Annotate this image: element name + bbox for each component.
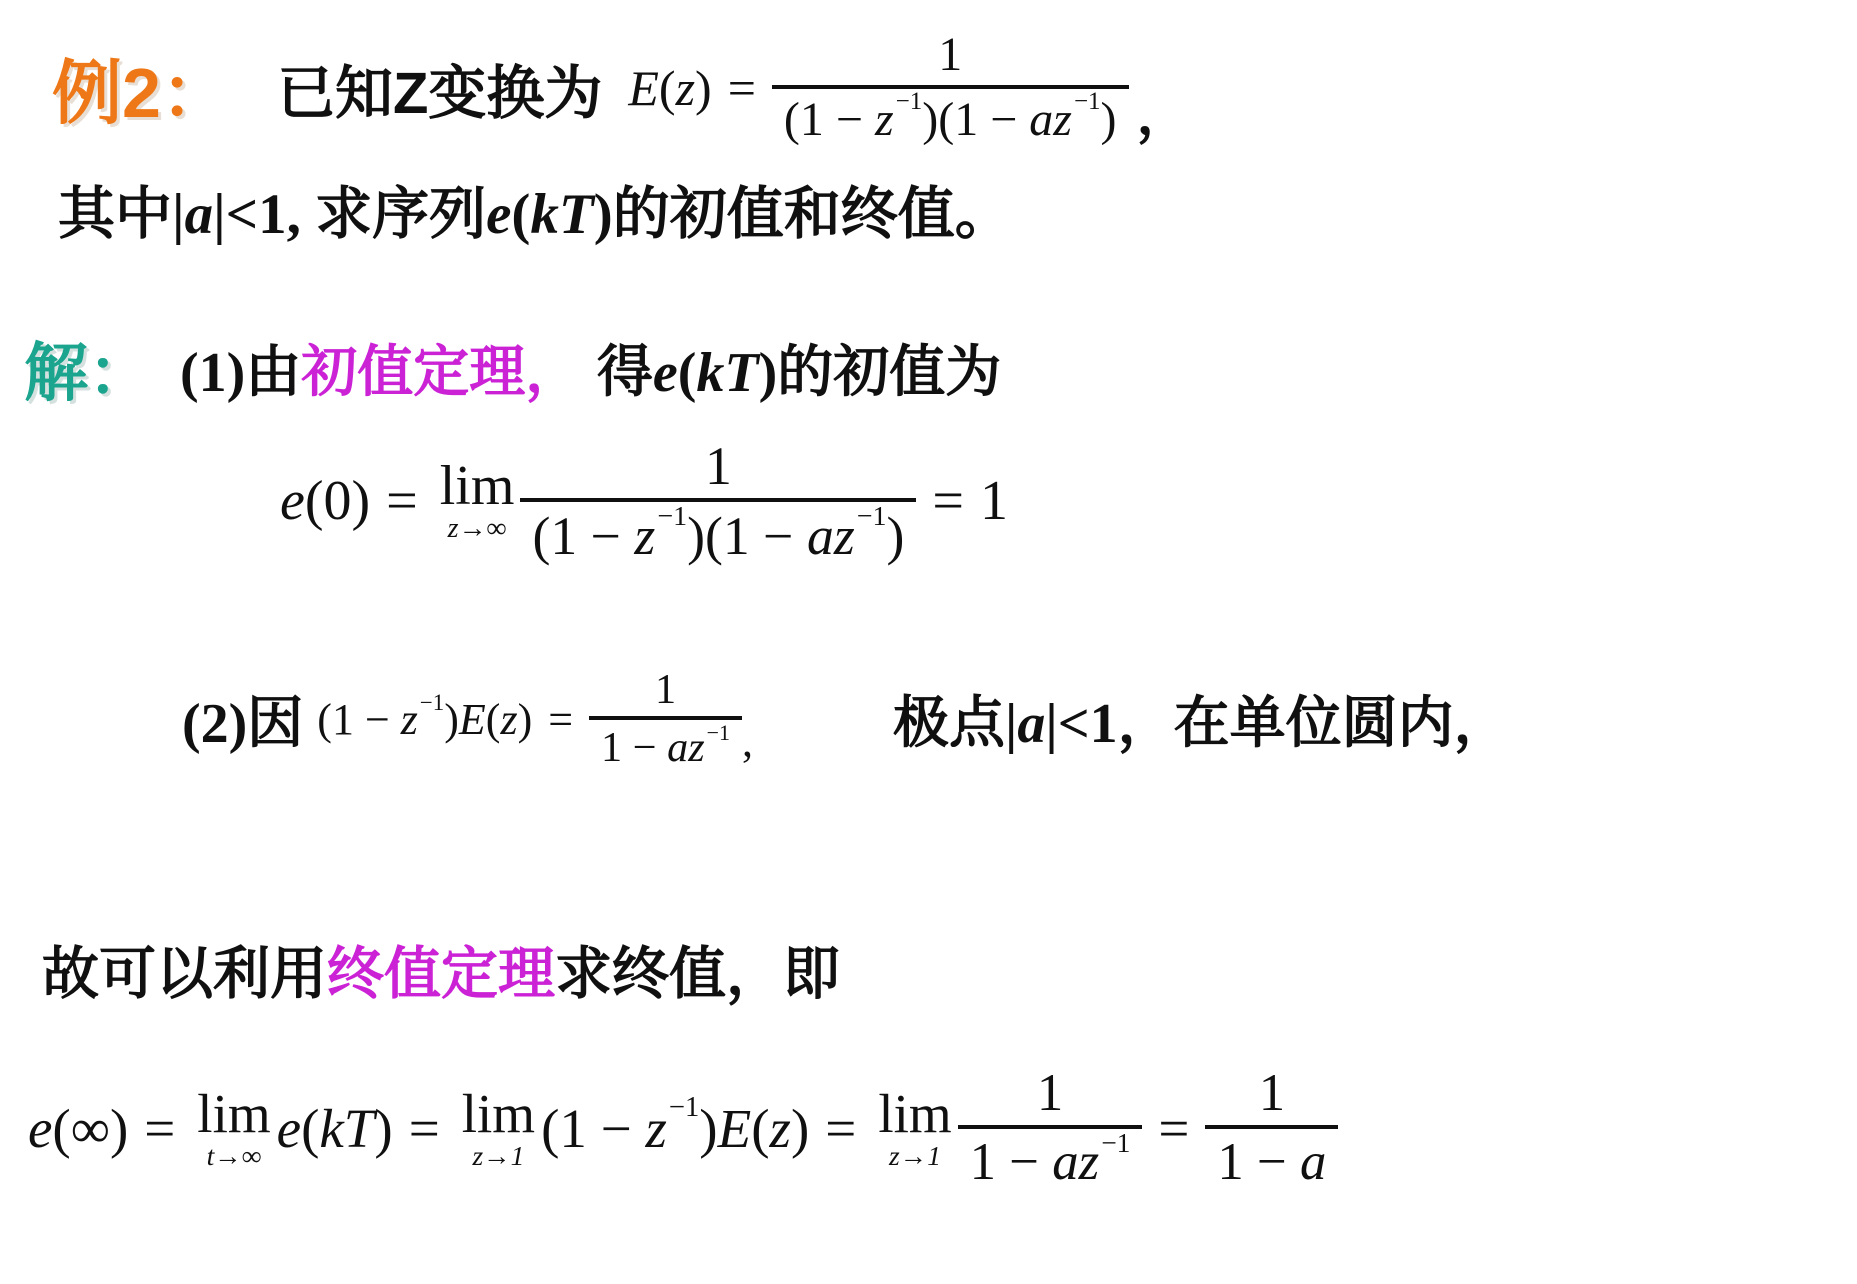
math-token: −1 (669, 1092, 699, 1124)
math-token: (2) (182, 692, 247, 756)
math-token: 求终值，即 (555, 928, 840, 1010)
math-token: −1 (1074, 89, 1101, 115)
trailing-comma: ， (1137, 72, 1191, 149)
math-token: ) (759, 341, 778, 405)
math-token: 的初值为 (777, 328, 1001, 408)
math-token: −1 (857, 502, 887, 531)
math-token: ) (444, 694, 459, 745)
limit-subscript: t→∞ (207, 1142, 262, 1170)
fraction: 11 − az−1 (958, 1066, 1143, 1191)
fraction-numerator: 1 (1027, 1066, 1073, 1125)
math-token: E (628, 59, 659, 117)
limit-subscript: z→∞ (448, 515, 507, 543)
math-token: z (401, 694, 418, 745)
math-token: a (1300, 1135, 1326, 1190)
math-token: = (932, 469, 964, 533)
math-token: az (667, 726, 705, 770)
math-token: e (486, 182, 511, 247)
math-token: ( (751, 1097, 769, 1160)
math-token: ) (886, 508, 904, 564)
problem-statement-line2: 其中|a|<1, 求序列e(kT)的初值和终值。 (58, 168, 1012, 250)
math-token: = (409, 1097, 440, 1160)
fraction-numerator: 1 (645, 668, 686, 716)
math-token: 因 (247, 679, 303, 759)
math-token: )(1 − (687, 508, 807, 564)
math-token: z (500, 694, 517, 745)
math-token: |<1, (213, 182, 315, 247)
math-token: z (770, 1097, 791, 1160)
limit-word: lim (197, 1088, 270, 1140)
fraction-numerator: 1 (928, 30, 972, 84)
math-token: | (172, 182, 185, 247)
math-token: a (185, 182, 214, 247)
math-token: 1 (980, 469, 1008, 533)
math-token: az (1029, 95, 1072, 145)
step2-prefix: (2)因 (182, 679, 303, 759)
math-token: 故可以利用 (42, 928, 327, 1010)
math-token: e (653, 341, 678, 405)
limit-subscript: z→1 (472, 1142, 524, 1170)
math-token: ( (486, 694, 501, 745)
math-token: E (459, 694, 486, 745)
limit-word: lim (462, 1088, 535, 1140)
math-token: a (1017, 692, 1045, 756)
math-token: = (548, 694, 573, 745)
math-token: ( (301, 1097, 319, 1160)
math-token: ) (699, 1097, 717, 1160)
math-token: z (645, 1097, 666, 1160)
fraction: 11 − az−1 (589, 668, 742, 771)
fraction: 11 − a (1205, 1066, 1338, 1191)
fraction-numerator: 1 (1249, 1066, 1295, 1125)
math-token: 由 (245, 328, 301, 408)
math-token: 的初值和终值。 (613, 168, 1012, 250)
final-theorem-line: 故可以利用终值定理求终值，即 (42, 928, 840, 1010)
math-token: = (1158, 1097, 1189, 1160)
problem-statement-line1: 例2： 已知Z变换为 E(z)=1(1 − z−1)(1 − az−1) ， (52, 0, 1191, 175)
math-token: ) (695, 59, 712, 117)
math-token: 1 − (970, 1135, 1053, 1190)
math-token: z (875, 95, 894, 145)
step2-line: (2)因 (1 − z−1)E(z)=11 − az−1, 极点|a|<1，在单… (182, 668, 1510, 771)
math-token: )(1 − (922, 95, 1029, 145)
step1-line: 解： (1)由初值定理， 得e(kT)的初值为 (24, 322, 1001, 414)
math-token: (∞) (52, 1097, 128, 1160)
example-label: 例2： (52, 37, 231, 138)
math-token: 极点 (893, 679, 1005, 759)
math-token: 1 (938, 30, 962, 80)
math-token: z (676, 59, 695, 117)
math-token: kT (319, 1097, 374, 1160)
math-token: ( (678, 341, 697, 405)
math-token: kT (530, 182, 593, 247)
math-token: ) (1101, 95, 1117, 145)
fraction-denominator: 1 − az−1 (958, 1125, 1143, 1190)
math-token: e (28, 1097, 52, 1160)
slide: 例2： 已知Z变换为 E(z)=1(1 − z−1)(1 − az−1) ， 其… (0, 0, 1857, 1284)
fraction-numerator: 1 (695, 438, 742, 498)
math-token: −1 (896, 89, 923, 115)
limit-operator: limz→1 (878, 1088, 951, 1170)
math-token: −1 (420, 690, 444, 716)
math-token: 1 (705, 438, 732, 494)
math-token: (1 − (317, 694, 400, 745)
limit-word: lim (878, 1088, 951, 1140)
math-token: −1 (707, 721, 730, 744)
math-token: az (807, 508, 855, 564)
highlighted-term: 初值定理 (301, 328, 525, 408)
math-token: e (280, 469, 305, 533)
limit-operator: limt→∞ (197, 1088, 270, 1170)
fraction: 1(1 − z−1)(1 − az−1) (520, 438, 916, 565)
math-token: | (1005, 692, 1017, 756)
math-token: (1) (180, 341, 245, 405)
fraction-denominator: 1 − a (1205, 1125, 1338, 1190)
math-token: (1 − (784, 95, 875, 145)
math-token: = (825, 1097, 856, 1160)
math-token: ) (374, 1097, 392, 1160)
math-token: (1 − (541, 1097, 645, 1160)
limit-subscript: z→1 (889, 1142, 941, 1170)
math-token: = (144, 1097, 175, 1160)
math-token: 1 − (601, 726, 667, 770)
math-token: , (742, 716, 753, 767)
math-token: az (1052, 1135, 1099, 1190)
math-token: 1 (655, 668, 676, 712)
math-token: 1 (1037, 1066, 1063, 1121)
math-token: 其中 (58, 168, 172, 250)
math-token: ) (791, 1097, 809, 1160)
math-token: 1 − (1217, 1135, 1300, 1190)
math-token: kT (696, 341, 758, 405)
fraction: 1(1 − z−1)(1 − az−1) (772, 30, 1129, 145)
initial-value-formula: e(0)=limz→∞1(1 − z−1)(1 − az−1)=1 (280, 438, 1008, 565)
pole-condition-text: 极点|a|<1，在单位圆内， (893, 679, 1510, 759)
highlighted-term: ， (525, 328, 581, 408)
final-value-formula: e(∞)=limt→∞e(kT)=limz→1(1 − z−1)E(z)=lim… (28, 1066, 1338, 1191)
math-token: E (718, 1097, 752, 1160)
math-token: ) (594, 182, 613, 247)
math-token: ，在单位圆内， (1118, 679, 1510, 759)
math-token: (0) (305, 469, 370, 533)
math-token: 求序列 (315, 168, 486, 250)
math-token: 得 (581, 328, 653, 408)
math-token: ( (511, 182, 530, 247)
math-token: e (277, 1097, 301, 1160)
limit-operator: limz→1 (462, 1088, 535, 1170)
math-token: ) (518, 694, 533, 745)
step1-text: (1)由初值定理， 得e(kT)的初值为 (180, 328, 1001, 408)
fraction-denominator: 1 − az−1 (589, 716, 742, 770)
solution-label: 解： (24, 322, 152, 414)
intro-text: 已知Z变换为 (277, 46, 602, 130)
math-token: (1 − (532, 508, 634, 564)
math-token: −1 (657, 502, 687, 531)
limit-operator: limz→∞ (440, 460, 515, 543)
highlighted-term: 终值定理 (327, 928, 555, 1010)
math-token: ( (659, 59, 676, 117)
fraction-denominator: (1 − z−1)(1 − az−1) (520, 498, 916, 564)
math-token: = (728, 59, 756, 117)
step2-formula: (1 − z−1)E(z)=11 − az−1, (317, 668, 753, 771)
math-token: z (634, 508, 655, 564)
given-transform-formula: E(z)=1(1 − z−1)(1 − az−1) (628, 30, 1128, 145)
math-token: |<1 (1045, 692, 1117, 756)
fraction-denominator: (1 − z−1)(1 − az−1) (772, 85, 1129, 145)
math-token: = (386, 469, 418, 533)
math-token: −1 (1101, 1129, 1130, 1158)
limit-word: lim (440, 460, 515, 513)
math-token: 1 (1259, 1066, 1285, 1121)
